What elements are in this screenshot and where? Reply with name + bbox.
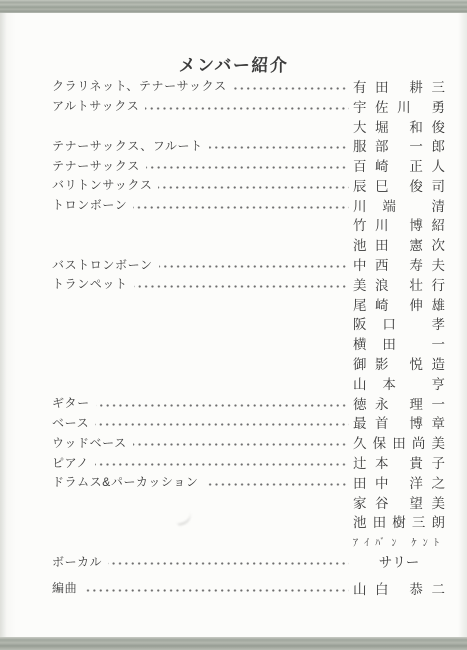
dot-leader: [83, 589, 349, 592]
booklet-page: メンバー紹介 クラリネット、テナーサックス 有田 耕三 アルトサックス 宇佐川 …: [0, 0, 467, 650]
instrument-label: ギター: [52, 394, 90, 411]
member-name: 最首 博章: [353, 412, 445, 432]
member-row: 尾崎 伸雄: [52, 294, 445, 314]
instrument-label: ドラムス&パーカッション: [52, 473, 199, 490]
dot-leader: [108, 562, 349, 565]
dot-leader: [146, 166, 349, 169]
member-row: トランペット 美浪 壮行: [52, 274, 445, 294]
member-row: テナーサックス 百崎 正人: [52, 155, 445, 175]
instrument-label: バリトンサックス: [52, 176, 152, 193]
member-name: 池田樹三朗: [353, 511, 445, 531]
member-name: 有田 耕三: [353, 76, 445, 96]
member-name: 家谷 望美: [353, 492, 445, 512]
member-name: 大堀 和俊: [353, 116, 445, 136]
dot-leader: [158, 186, 349, 189]
member-row: ボーカル サリー: [52, 551, 445, 571]
member-name: 美浪 壮行: [353, 274, 445, 294]
member-row: 大堀 和俊: [52, 116, 445, 136]
dot-leader: [134, 285, 349, 288]
scan-edge-top: [0, 0, 467, 13]
member-row: ｱｲﾊﾞﾝ ｹﾝﾄ: [52, 531, 445, 551]
member-name: 山本 亨: [353, 373, 445, 393]
member-row: アルトサックス 宇佐川 勇: [52, 96, 445, 116]
member-row: 家谷 望美: [52, 492, 445, 512]
member-name: 阪口 孝: [353, 313, 445, 333]
dot-leader: [145, 107, 349, 110]
page-title: メンバー紹介: [0, 51, 467, 76]
member-name: 辰巳 俊司: [353, 175, 445, 195]
dot-leader: [133, 206, 349, 209]
instrument-label: 編曲: [52, 579, 77, 596]
member-name: 徳永 理一: [353, 393, 445, 413]
member-name: 田中 洋之: [353, 472, 445, 492]
member-name: 宇佐川 勇: [353, 96, 445, 116]
instrument-label: トランペット: [52, 275, 128, 292]
member-name: 川端 清: [353, 195, 445, 215]
member-name: 服部 一郎: [353, 135, 445, 155]
member-row: バストロンボーン 中西 寿夫: [52, 254, 445, 274]
member-name: 池田 憲次: [353, 234, 445, 254]
member-row: 池田 憲次: [52, 234, 445, 254]
member-row: テナーサックス、フルート 服部 一郎: [52, 135, 445, 155]
member-name: 横田 一: [353, 333, 445, 353]
member-name: 百崎 正人: [353, 155, 445, 175]
instrument-label: ピアノ: [52, 454, 89, 471]
member-name: 山白 恭二: [353, 578, 445, 598]
dot-leader: [95, 463, 349, 466]
member-row: 山本 亨: [52, 373, 445, 393]
dot-leader: [95, 423, 349, 426]
member-row: 阪口 孝: [52, 314, 445, 334]
member-row: 御影 悦造: [52, 353, 445, 373]
member-row: 横田 一: [52, 333, 445, 353]
member-name: 久保田尚美: [353, 432, 445, 452]
dot-leader: [233, 87, 349, 90]
member-row: ギター 徳永 理一: [52, 393, 445, 413]
member-row: クラリネット、テナーサックス 有田 耕三: [52, 76, 445, 96]
dot-leader: [209, 146, 349, 149]
instrument-label: バストロンボーン: [52, 256, 153, 273]
instrument-label: クラリネット、テナーサックス: [52, 77, 227, 94]
instrument-label: テナーサックス、フルート: [52, 137, 203, 154]
dot-leader: [159, 265, 349, 268]
member-name: ｱｲﾊﾞﾝ ｹﾝﾄ: [353, 534, 445, 549]
instrument-label: トロンボーン: [52, 196, 127, 213]
member-row: ベース 最首 博章: [52, 413, 445, 433]
scan-edge-bottom: [0, 637, 467, 650]
member-row: 編曲 山白 恭二: [52, 578, 445, 598]
dot-leader: [205, 483, 350, 486]
member-name: サリー: [353, 551, 445, 571]
member-row: 竹川 博紹: [52, 215, 445, 235]
member-name: 竹川 博紹: [353, 214, 445, 234]
member-name: 尾崎 伸雄: [353, 294, 445, 314]
dot-leader: [96, 404, 349, 407]
member-row: バリトンサックス 辰巳 俊司: [52, 175, 445, 195]
member-row: ピアノ 辻本 貴子: [52, 452, 445, 472]
dot-leader: [133, 443, 349, 446]
member-list: クラリネット、テナーサックス 有田 耕三 アルトサックス 宇佐川 勇 大堀 和俊…: [52, 76, 445, 598]
instrument-label: ウッドベース: [52, 434, 127, 451]
member-row: ドラムス&パーカッション 田中 洋之: [52, 472, 445, 492]
member-name: 辻本 貴子: [353, 452, 445, 472]
member-row: トロンボーン 川端 清: [52, 195, 445, 215]
instrument-label: ボーカル: [52, 553, 102, 570]
member-row: 池田樹三朗: [52, 512, 445, 532]
instrument-label: ベース: [52, 414, 89, 431]
member-row: ウッドベース 久保田尚美: [52, 432, 445, 452]
member-name: 御影 悦造: [353, 353, 445, 373]
instrument-label: アルトサックス: [52, 97, 139, 114]
instrument-label: テナーサックス: [52, 157, 140, 174]
member-name: 中西 寿夫: [353, 254, 445, 274]
